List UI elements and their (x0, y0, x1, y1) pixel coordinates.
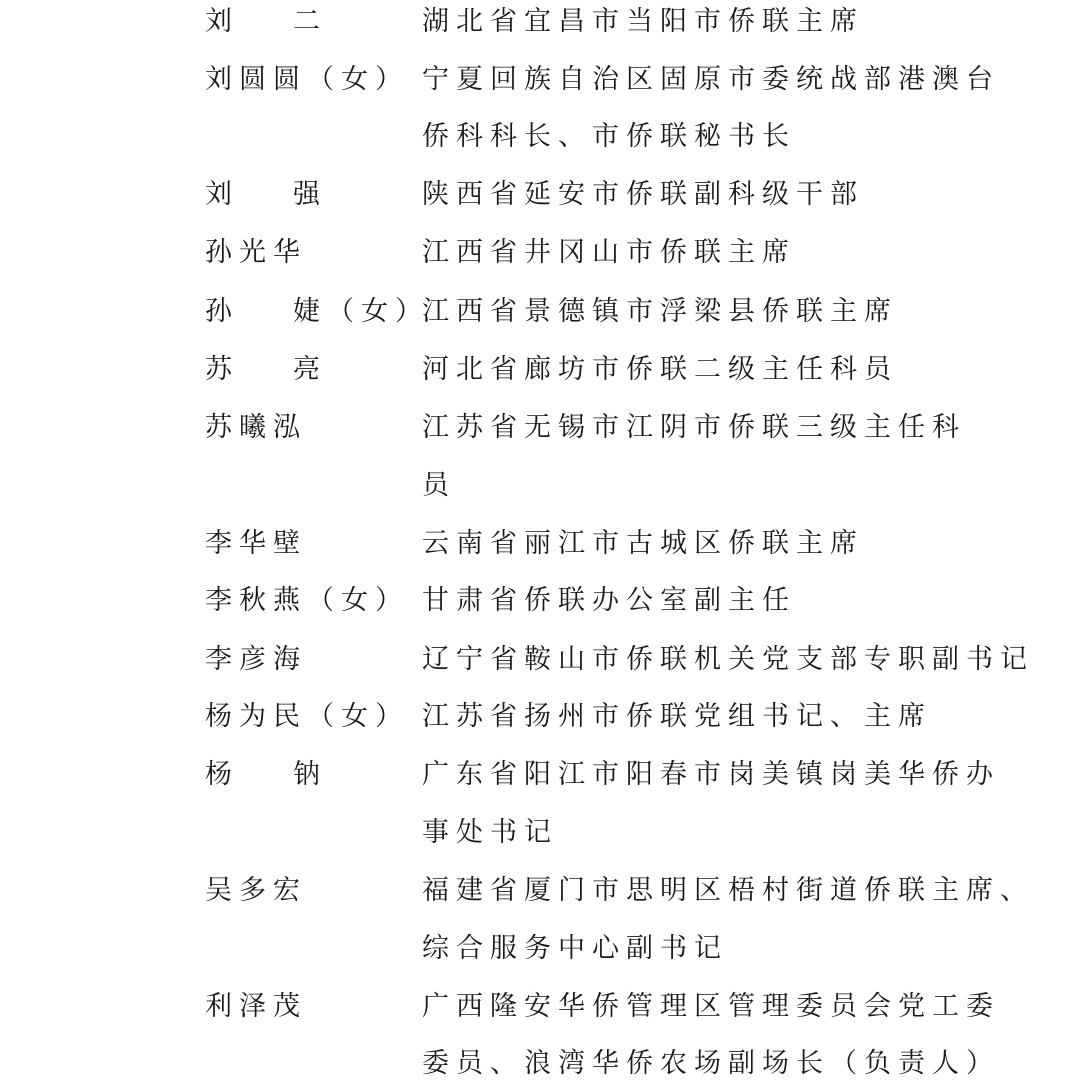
entry-name: 李彦海 (205, 640, 307, 680)
entry-position: 江苏省扬州市侨联党组书记、主席 (422, 697, 932, 737)
name-given: 强 (293, 179, 320, 210)
entry-position: 甘肃省侨联办公室副主任 (422, 581, 796, 621)
entry-name: 李华壁 (205, 524, 307, 564)
name-given: 婕（女） (293, 296, 429, 327)
name-surname: 杨 (205, 755, 293, 795)
name-surname: 刘 (205, 175, 293, 215)
name-surname: 苏 (205, 350, 293, 390)
entry-name: 刘二 (205, 2, 320, 42)
entry-position: 江苏省无锡市江阴市侨联三级主任科 (422, 408, 966, 448)
entry-name: 利泽茂 (205, 987, 307, 1027)
entry-name: 李秋燕（女） (205, 581, 409, 621)
entry-name: 杨为民（女） (205, 697, 409, 737)
entry-name: 苏曦泓 (205, 408, 307, 448)
entry-name: 孙婕（女） (205, 292, 429, 332)
entry-name: 刘强 (205, 175, 320, 215)
entry-name: 刘圆圆（女） (205, 60, 409, 100)
entry-position-continued: 员 (422, 466, 456, 506)
entry-position-continued: 侨科科长、市侨联秘书长 (422, 117, 796, 157)
entry-position: 云南省丽江市古城区侨联主席 (422, 524, 864, 564)
name-surname: 刘 (205, 2, 293, 42)
entry-position: 湖北省宜昌市当阳市侨联主席 (422, 2, 864, 42)
entry-position: 江西省井冈山市侨联主席 (422, 233, 796, 273)
name-given: 二 (293, 6, 320, 37)
entry-name: 吴多宏 (205, 871, 307, 911)
entry-position: 广西隆安华侨管理区管理委员会党工委 (422, 987, 1000, 1027)
entry-name: 杨钠 (205, 755, 320, 795)
document-page: 刘二 湖北省宜昌市当阳市侨联主席 刘圆圆（女） 宁夏回族自治区固原市委统战部港澳… (0, 0, 1076, 1087)
name-given: 亮 (293, 354, 320, 385)
entry-position: 江西省景德镇市浮梁县侨联主席 (422, 292, 898, 332)
entry-position: 广东省阳江市阳春市岗美镇岗美华侨办 (422, 755, 1000, 795)
entry-position-continued: 综合服务中心副书记 (422, 929, 728, 969)
entry-name: 苏亮 (205, 350, 320, 390)
name-surname: 孙 (205, 292, 293, 332)
entry-position: 福建省厦门市思明区梧村街道侨联主席、 (422, 871, 1034, 911)
entry-name: 孙光华 (205, 233, 307, 273)
entry-position-continued: 事处书记 (422, 813, 558, 853)
entry-position: 陕西省延安市侨联副科级干部 (422, 175, 864, 215)
entry-position-continued: 委员、浪湾华侨农场副场长（负责人） (422, 1044, 1000, 1084)
entry-position: 宁夏回族自治区固原市委统战部港澳台 (422, 60, 1000, 100)
name-given: 钠 (293, 759, 320, 790)
entry-position: 辽宁省鞍山市侨联机关党支部专职副书记 (422, 640, 1034, 680)
entry-position: 河北省廊坊市侨联二级主任科员 (422, 350, 898, 390)
